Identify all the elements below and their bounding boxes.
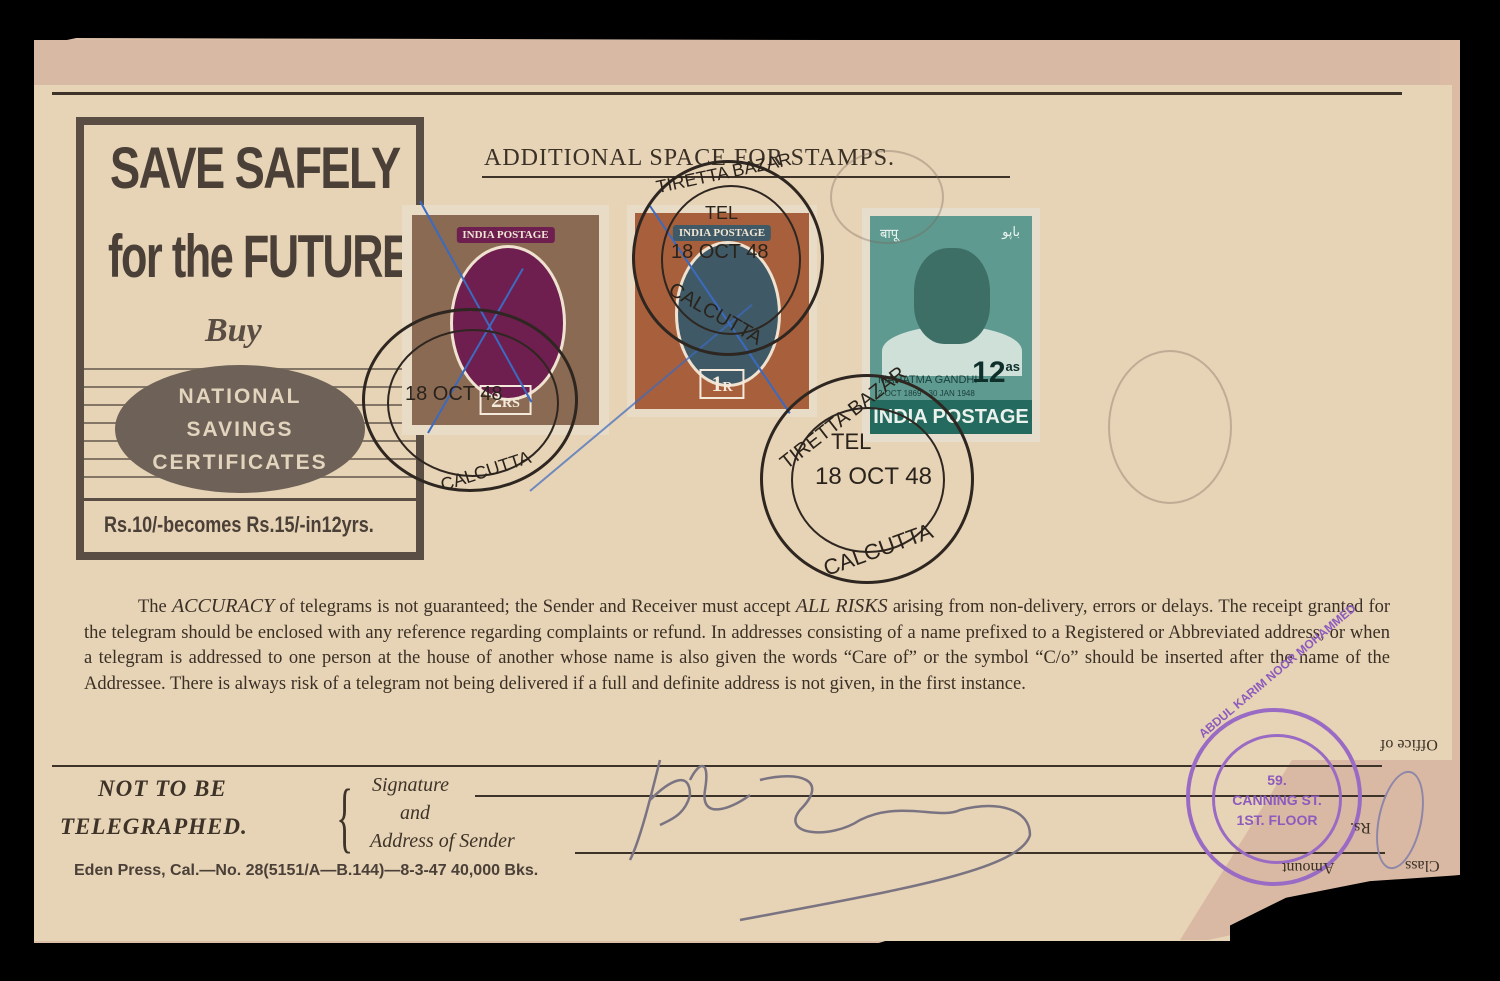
notice-part1: of telegrams is not guaranteed; the Send…	[279, 597, 790, 617]
top-rule	[52, 92, 1402, 95]
postmark: TIRETTA BAZAR TEL 18 OCT 48 CALCUTTA	[760, 374, 974, 584]
stamp-value: 1R	[699, 369, 744, 399]
stamp-value-suffix: R	[722, 380, 732, 395]
advert-oval-text: NATIONAL SAVINGS CERTIFICATES	[115, 380, 365, 479]
notice-lead: The	[138, 597, 167, 617]
notice-all-risks: ALL RISKS	[796, 595, 888, 617]
postmark-type: TEL	[705, 203, 738, 224]
not-to-be-telegraphed-line2: TELEGRAPHED.	[60, 814, 248, 840]
postmark-date: 18 OCT 48	[815, 463, 932, 491]
handstamp-center: 59. CANNING ST. 1ST. FLOOR	[1222, 770, 1332, 830]
stamp-country-label: INDIA POSTAGE	[456, 227, 554, 243]
postmark-type: TEL	[831, 429, 871, 455]
stamp-value-number: 12	[972, 356, 1005, 389]
stamp-value: 12as	[972, 356, 1020, 390]
stamp-urdu-script: باپو	[1002, 224, 1020, 240]
handstamp-line: 1ST. FLOOR	[1222, 810, 1332, 830]
handstamp-line: CANNING ST.	[1222, 790, 1332, 810]
handstamp-line: 59.	[1222, 770, 1332, 790]
notice-accuracy: ACCURACY	[172, 595, 274, 617]
not-to-be-telegraphed-line1: NOT TO BE	[98, 776, 227, 802]
stamp-value-number: 1	[711, 371, 722, 396]
advert-oval-line: NATIONAL	[115, 380, 365, 413]
advert-oval-line: SAVINGS	[115, 413, 365, 446]
brace: {	[336, 778, 353, 856]
advert-footer: Rs.10/-becomes Rs.15/-in12yrs.	[104, 512, 374, 538]
advert-oval-line: CERTIFICATES	[115, 446, 365, 479]
address-of-sender-label: Address of Sender	[370, 830, 515, 853]
label-office-of: Office of	[1380, 735, 1438, 753]
advert-divider	[84, 498, 416, 501]
faint-postmark	[830, 150, 944, 244]
label-class: Class	[1405, 856, 1440, 874]
handwritten-signature	[600, 740, 1080, 930]
and-label: and	[400, 802, 430, 825]
label-amount: Amount	[1282, 858, 1334, 876]
label-rs: Rs.	[1350, 818, 1371, 836]
stamp-value-suffix: as	[1006, 359, 1020, 374]
advert-subheadline: for the FUTURE	[108, 222, 409, 291]
signature-label: Signature	[372, 774, 449, 797]
postmark: 18 OCT 48 CALCUTTA	[362, 308, 578, 492]
telegram-notice: The ACCURACY of telegrams is not guarant…	[84, 594, 1390, 697]
advert-buy: Buy	[205, 312, 262, 350]
postmark-date: 18 OCT 48	[671, 241, 768, 264]
postmark-date: 18 OCT 48	[405, 383, 502, 406]
advert-headline: SAVE SAFELY	[110, 135, 400, 202]
faint-postmark	[1108, 350, 1232, 504]
portrait-head	[914, 248, 990, 344]
printer-imprint: Eden Press, Cal.—No. 28(5151/A—B.144)—8-…	[74, 862, 538, 880]
postmark: TIRETTA BAZAR TEL 18 OCT 48 CALCUTTA	[632, 160, 824, 356]
